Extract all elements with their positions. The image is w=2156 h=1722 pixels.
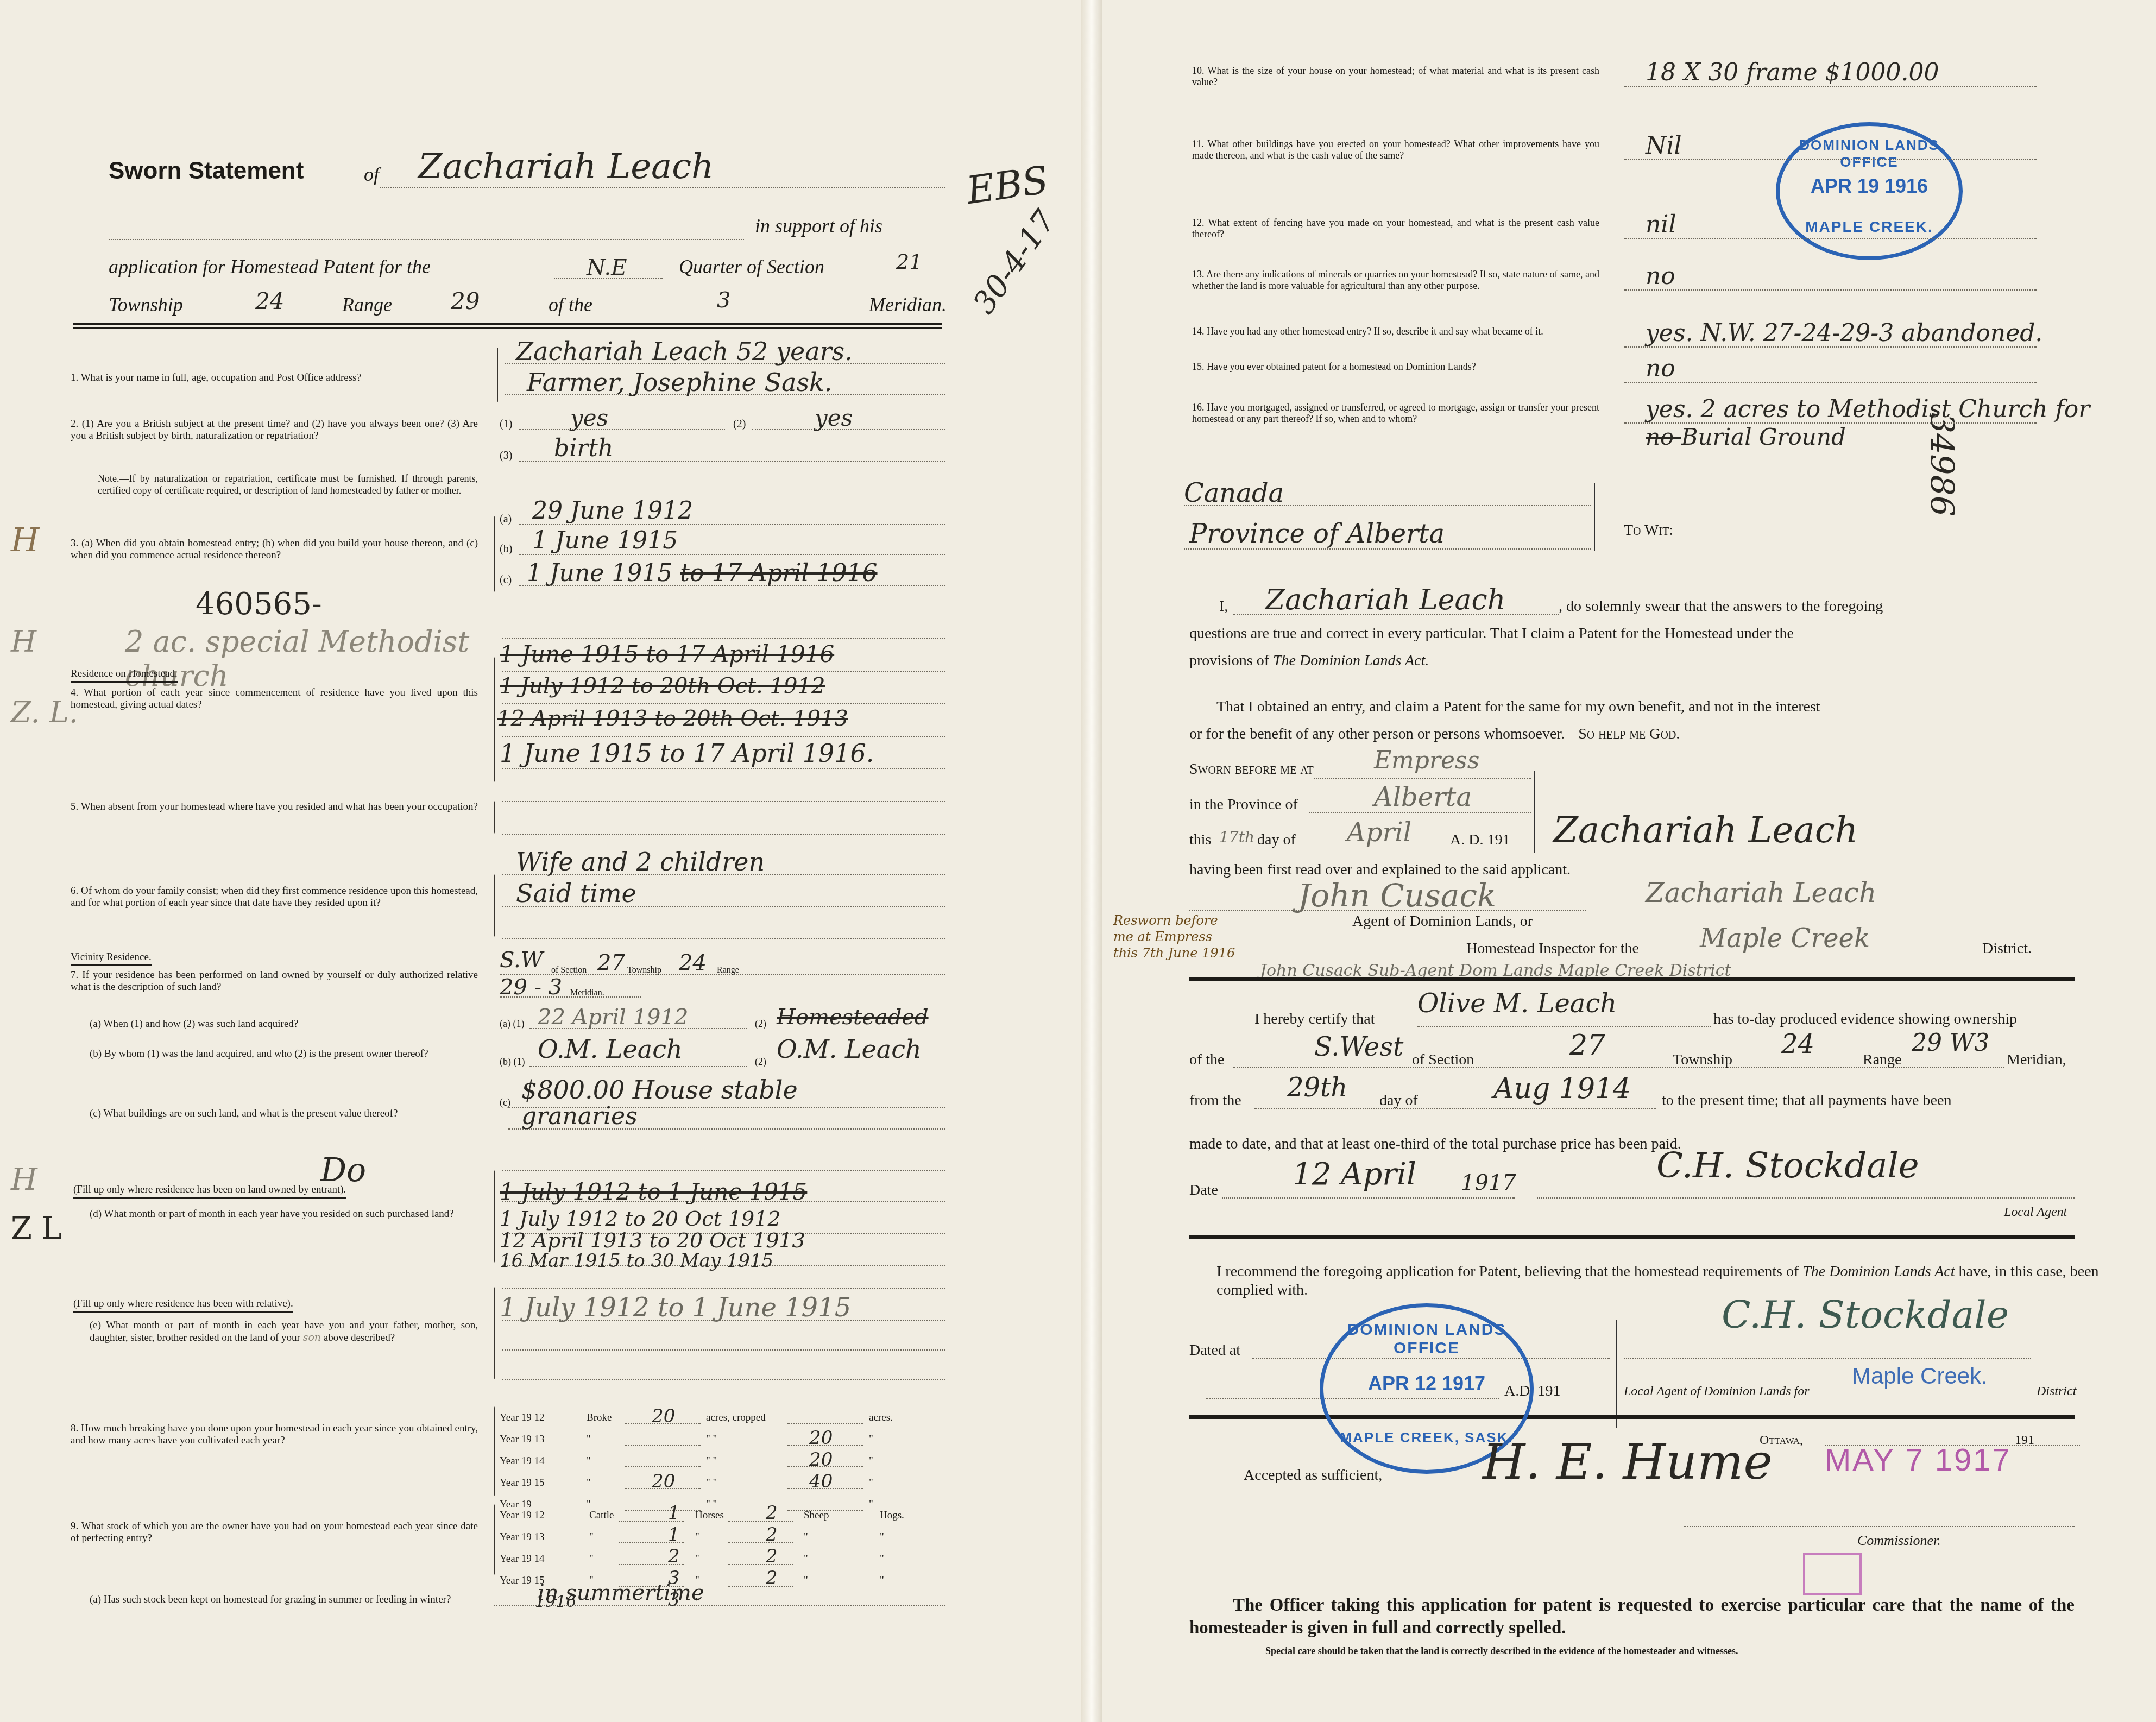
cropped-label: " " [706,1477,717,1489]
answer-line [728,1521,793,1522]
sheep-label: " [804,1553,808,1565]
margin-initials-zl: Z L [11,1211,62,1246]
certify-lead: I hereby certify that [1254,1010,1375,1029]
answer-2-2: yes [815,405,853,431]
oath-text: or for the benefit of any other person o… [1189,725,1680,743]
of-section-label: of Section [551,966,587,975]
brace [1594,483,1595,551]
applicant-signature-2: Zachariah Leach [1646,877,1876,909]
answer-2-3: birth [554,434,613,462]
brace [494,1287,495,1379]
section-fill-up-entrant: (Fill up only where residence has been o… [73,1184,346,1199]
answer-7-section: 27 [597,950,625,975]
oath-text: That I obtained an entry, and claim a Pa… [1216,698,1820,716]
answer-line [728,1564,793,1565]
answer-line [625,1445,701,1446]
answer-2-3-label: (3) [500,450,512,462]
answer-line [502,703,945,704]
district-value: Maple Creek [1700,923,1870,954]
commissioner-signature: H. E. Hume [1483,1434,1773,1491]
answer-7d-3: 16 Mar 1915 to 30 May 1915 [500,1250,773,1272]
question-11: 11. What other buildings have you erecte… [1192,138,1599,161]
section-rule [1189,1235,2075,1239]
answer-line [502,768,945,769]
answer-line [529,1066,747,1067]
answer-7d-2: 12 April 1913 to 20 Oct 1913 [500,1228,805,1252]
ad-label: A. D. 191 [1450,831,1510,849]
range-label: Range [1863,1051,1902,1069]
cropped-label: " " [706,1434,717,1446]
section-vicinity-residence: Vicinity Residence. [71,951,152,966]
oath-i-label: I, [1219,597,1228,616]
answer-line [502,801,945,802]
quarter-value: N.E [587,255,627,280]
province-label: in the Province of [1189,796,1298,814]
agent-signature: John Cusack [1298,877,1496,914]
margin-mark: H [11,625,36,659]
range-value: 29 [451,288,480,314]
answer-3c-label: (c) [500,574,512,586]
township-label: Township [109,293,183,316]
brace [1616,1320,1617,1428]
answer-3a: 29 June 1912 [532,497,693,525]
answer-line [1684,1526,2075,1527]
answer-line [502,834,945,835]
question-6: 6. Of whom do your family consist; when … [71,885,478,909]
answer-line [502,1288,945,1289]
question-9: 9. What stock of which you are the owner… [71,1521,478,1544]
answer-line [728,1542,793,1543]
brace [494,516,495,592]
answer-line [502,638,945,639]
answer-line [502,1379,945,1380]
answer-4-struck: 12 April 1913 to 20th Oct. 1913 [497,706,848,731]
local-agent-signature: C.H. Stockdale [1656,1146,1919,1186]
breaking-row-year: Year 19 [500,1499,532,1511]
question-12: 12. What extent of fencing have you made… [1192,217,1599,240]
answer-3b: 1 June 1915 [532,527,678,554]
question-3: 3. (a) When did you obtain homestead ent… [71,538,478,562]
certify-text: to the present time; that all payments h… [1662,1092,1951,1110]
side-file-number: 34986 [1922,413,1960,516]
breaking-row-year: Year 19 14 [500,1455,545,1467]
horses-label: " [695,1575,699,1587]
answer-16-line-2: no Burial Ground [1646,424,1846,450]
answer-7-township: 24 [679,950,707,975]
question-14: 14. Have you had any other homestead ent… [1192,326,1599,337]
answer-line [1624,289,2037,291]
answer-1-line-1: Zachariah Leach 52 years. [516,337,853,366]
name-line [380,187,945,188]
certify-tail: has to-day produced evidence showing own… [1713,1010,2017,1029]
question-7c: (c) What buildings are on such land, and… [90,1108,478,1120]
day-of-label: day of [1379,1092,1418,1110]
answer-12: nil [1646,211,1676,238]
answer-line [1233,1067,2004,1068]
answer-7-range: 29 - 3 [500,975,562,1000]
township-label: Township [1673,1051,1732,1069]
question-7d: (d) What month or part of month in each … [90,1208,478,1220]
of-the-label: of the [1189,1051,1225,1069]
range-label: Range [342,293,392,316]
sworn-label: Sworn before me at [1189,760,1314,779]
blank-line [109,239,744,240]
stock-row-year: Year 19 13 [500,1531,545,1543]
applicant-signature: Zachariah Leach [1553,809,1858,851]
answer-2-1-label: (1) [500,418,512,431]
oath-text: provisions of The Dominion Lands Act. [1189,652,1429,670]
answer-7a-1: 22 April 1912 [538,1005,688,1030]
broke-acres: 20 [652,1471,675,1492]
brace [494,1406,495,1496]
answer-15: no [1646,355,1675,382]
margin-church-note: 2 ac. special Methodist church [125,625,538,693]
note-naturalization: Note.—If by naturalization or repatriati… [98,472,478,496]
margin-initials-zl: Z. L. [11,695,78,729]
answer-10: 18 X 30 frame $1000.00 [1646,59,1939,86]
resworn-note: Resworn before me at Empress this 7th Ju… [1113,912,1238,961]
oath-text: questions are true and correct in every … [1189,625,1794,643]
answer-line [619,1564,684,1565]
breaking-row-year: Year 19 15 [500,1477,545,1489]
stock-row-year: 1916 [535,1592,576,1611]
answer-7c-line-2: granaries [521,1102,638,1130]
answer-line [502,671,945,672]
section-value: 21 [896,250,922,274]
answer-7c: $800.00 House stable [521,1075,798,1105]
hogs-label: " [880,1531,884,1543]
answer-line [619,1542,684,1543]
answer-line [502,1349,945,1351]
answer-line [1417,1026,1711,1027]
oath-name: Zachariah Leach [1265,584,1505,616]
sheep-label: " [804,1531,808,1543]
answer-1-line-2: Farmer, Josephine Sask. [527,368,833,397]
answer-line [502,938,945,939]
answer-line [619,1521,684,1522]
horses-label: " [695,1531,699,1543]
local-agent-label: Local Agent [2004,1203,2067,1221]
breaking-row-label: " [587,1434,591,1446]
local-agent-signature-2: C.H. Stockdale [1722,1292,2009,1337]
question-13: 13. Are there any indications of mineral… [1192,269,1599,292]
certify-text: made to date, and that at least one-thir… [1189,1135,1681,1153]
brace [1534,771,1535,853]
oath-province: Province of Alberta [1189,519,1445,549]
question-5: 5. When absent from your homestead where… [71,801,478,813]
question-10: 10. What is the size of your house on yo… [1192,65,1599,88]
answer-line [1624,382,2037,383]
commissioner-label: Commissioner. [1857,1531,1941,1550]
answer-4: 1 June 1915 to 17 April 1916. [500,739,874,768]
question-4: 4. What portion of each year since comme… [71,687,478,711]
cropped-acres: 20 [809,1449,833,1471]
answer-line [1189,910,1586,911]
answer-7b-1-label: (b) (1) [500,1056,525,1068]
sheep-label: Sheep [804,1510,829,1522]
range-label: Range [717,966,739,975]
sheep-label: " [804,1575,808,1587]
meridian-label: Meridian, [2007,1051,2066,1069]
breaking-row-label: " [587,1499,591,1511]
certify-month: Aug 1914 [1493,1073,1631,1105]
certify-section: 27 [1569,1029,1605,1062]
certify-year: 1917 [1461,1170,1516,1195]
district-label: District [2037,1382,2076,1401]
officer-notice: The Officer taking this application for … [1189,1594,2075,1639]
meridian-label: Meridian. [869,293,947,316]
brace [494,874,495,937]
question-1: 1. What is your name in full, age, occup… [71,372,478,384]
horses-label: " [695,1597,699,1609]
from-label: from the [1189,1092,1241,1110]
cattle-label: " [589,1531,594,1543]
certify-quarter: S.West [1314,1032,1403,1062]
breaking-row-label: " [587,1455,591,1467]
breaking-row-label: " [587,1477,591,1489]
section-fill-up-relative: (Fill up only where residence has been w… [73,1298,293,1313]
answer-line [625,1510,701,1511]
stock-row-year: Year 19 14 [500,1553,545,1565]
day-value: 17th [1219,828,1254,846]
answer-line [502,736,945,737]
answer-line [619,1586,684,1587]
answer-4-struck: 1 June 1915 to 17 April 1916 [500,641,834,667]
answer-line [728,1586,793,1587]
answer-line [787,1423,863,1424]
acres-label: acres. [869,1412,893,1424]
answer-line [519,429,725,430]
answer-7b-2: O.M. Leach [777,1035,922,1064]
answer-16: yes. 2 acres to Methodist Church for [1646,395,2090,423]
question-7: 7. If your residence has been performed … [71,969,478,993]
answer-line [1222,1197,1515,1199]
question-7b: (b) By whom (1) was the land acquired, a… [90,1048,478,1060]
district-stamp: Maple Creek. [1852,1363,1988,1389]
answer-14: yes. N.W. 27-24-29-3 abandoned. [1646,319,2042,347]
dominion-lands-stamp-1916: DOMINION LANDS OFFICE APR 19 1916 MAPLE … [1776,122,1963,260]
acres-label: " [869,1455,873,1467]
section-rule [1189,1415,2075,1419]
horses-label: Horses [695,1510,724,1522]
district-label: District. [1982,939,2032,958]
answer-7d-1: 1 July 1912 to 20 Oct 1912 [500,1207,781,1231]
header-rule [73,323,942,325]
stock-row-year: Year 19 12 [500,1510,545,1522]
answer-7-quarter: S.W [500,948,543,973]
question-16: 16. Have you mortgaged, assigned or tran… [1192,402,1599,425]
of-the-label: of the [549,293,592,316]
answer-line [625,1466,701,1467]
cropped-acres: 40 [809,1471,833,1492]
answer-2-1: yes [570,405,608,431]
received-date-stamp: MAY 7 1917 [1825,1442,2012,1478]
year-label: 191 [2015,1431,2034,1449]
answer-line [1624,1358,2031,1359]
acres-label: " [869,1434,873,1446]
cattle-label: " [589,1575,594,1587]
question-9a: (a) Has such stock been kept on homestea… [90,1594,478,1606]
section-residence-on-homestead: Residence on Homestead. [71,668,178,683]
answer-4-struck: 1 July 1912 to 20th Oct. 1912 [500,673,825,698]
answer-6-line-1: Wife and 2 children [516,847,765,876]
answer-line [1254,1108,1656,1109]
answer-6-line-2: Said time [516,879,636,908]
application-label: application for Homestead Patent for the [109,255,431,278]
form-title: Sworn Statement [109,157,304,185]
to-wit-label: To Wit: [1624,521,1673,540]
cattle-label: " [589,1553,594,1565]
answer-7b-2-label: (2) [755,1056,766,1068]
read-over-text: having been first read over and explaine… [1189,861,1571,879]
local-agent-label: Local Agent of Dominion Lands for [1624,1382,1810,1401]
left-page: Sworn Statement of Zachariah Leach in su… [0,0,1081,1722]
agent-label: Agent of Dominion Lands, or [1352,912,1533,931]
breaking-row-year: Year 19 12 [500,1412,545,1424]
margin-initials: EBS [964,157,1051,213]
certify-date: 12 April [1293,1157,1416,1192]
question-7e: (e) What month or part of month in each … [90,1320,478,1344]
cropped-label: acres, cropped [706,1412,766,1424]
margin-mark: H [11,1162,37,1197]
margin-mark: H [11,521,39,559]
cattle-label: " [589,1597,594,1609]
certify-name: Olive M. Leach [1417,988,1617,1019]
sworn-place: Empress [1374,747,1479,774]
answer-3b-label: (b) [500,543,512,556]
broke-acres: 20 [652,1405,675,1427]
dated-at-label: Dated at [1189,1341,1240,1360]
answer-7e: 1 July 1912 to 1 June 1915 [500,1292,851,1323]
certify-range: 29 W3 [1912,1029,1989,1057]
day-of-label: day of [1257,831,1296,849]
recommend-text: I recommend the foregoing application fo… [1216,1263,2156,1300]
certify-day: 29th [1287,1073,1347,1103]
section-rule [1189,977,2075,981]
date-label: Date [1189,1181,1218,1200]
hogs-label: " [880,1553,884,1565]
answer-3a-label: (a) [500,513,512,526]
answer-3c: 1 June 1915 to 17 April 1916 [527,559,878,587]
province-value: Alberta [1374,782,1472,812]
breaking-row-label: Broke [587,1412,612,1424]
oath-text: , do solemnly swear that the answers to … [1559,597,1883,616]
question-15: 15. Have you ever obtained patent for a … [1192,361,1599,373]
stock-row-year: Year 19 15 [500,1575,545,1587]
answer-line [1184,548,1591,550]
answer-13: no [1646,262,1675,290]
section-label: of Section [1412,1051,1474,1069]
brace [494,1170,495,1263]
answer-line [1314,778,1531,779]
township-value: 24 [255,288,284,314]
brace [494,657,495,782]
answer-line [1624,159,2037,160]
margin-date: 30-4-17 [966,204,1062,320]
file-number: 460565- [196,586,322,622]
quarter-label: Quarter of Section [679,255,824,278]
oath-country: Canada [1184,478,1284,508]
question-2: 2. (1) Are you a British subject at the … [71,418,478,442]
answer-7d-struck: 1 July 1912 to 1 June 1915 [500,1178,807,1205]
answer-7b-1: O.M. Leach [538,1035,683,1064]
cropped-label: " " [706,1455,717,1467]
cropped-acres: 20 [809,1427,833,1449]
applicant-name: Zachariah Leach [418,147,714,187]
hogs-label: Hogs. [880,1510,904,1522]
acres-label: " [869,1499,873,1511]
cropped-label: " " [706,1499,717,1511]
breaking-row-year: Year 19 13 [500,1434,545,1446]
township-label: Township [627,966,661,975]
question-7a: (a) When (1) and how (2) was such land a… [90,1018,478,1030]
answer-7a-2-label: (2) [755,1018,766,1030]
brace [494,1504,495,1575]
special-care-notice: Special care should be taken that the la… [1265,1645,1738,1657]
registry-stamp [1803,1553,1862,1595]
accepted-label: Accepted as sufficient, [1244,1466,1382,1485]
answer-11: Nil [1646,132,1682,160]
meridian-label: Meridian. [570,988,604,998]
answer-line [1184,505,1591,506]
brace [497,348,498,402]
answer-line [1537,1197,2075,1199]
certify-township: 24 [1781,1029,1814,1059]
horses-label: " [695,1553,699,1565]
of-label: of [364,163,379,186]
brace [494,801,495,834]
answer-line [1624,238,2037,239]
acres-label: " [869,1477,873,1489]
inspector-label: Homestead Inspector for the [1466,939,1639,958]
cattle-count: 3 [668,1589,680,1611]
right-page: DOMINION LANDS OFFICE APR 19 1916 MAPLE … [1102,0,2156,1722]
answer-7a-1-label: (a) (1) [500,1018,524,1030]
month-value: April [1347,817,1411,848]
answer-line [502,1170,945,1171]
this-label: this [1189,831,1211,849]
question-8: 8. How much breaking have you done upon … [71,1423,478,1447]
cattle-label: Cattle [589,1510,614,1522]
page-fold [1081,0,1102,1722]
hogs-label: " [880,1575,884,1587]
meridian-value: 3 [717,288,730,313]
header-rule-thin [73,327,942,329]
in-support-label: in support of his [755,215,882,237]
answer-7a-2: Homesteaded [777,1005,929,1030]
answer-2-2-label: (2) [733,418,746,431]
